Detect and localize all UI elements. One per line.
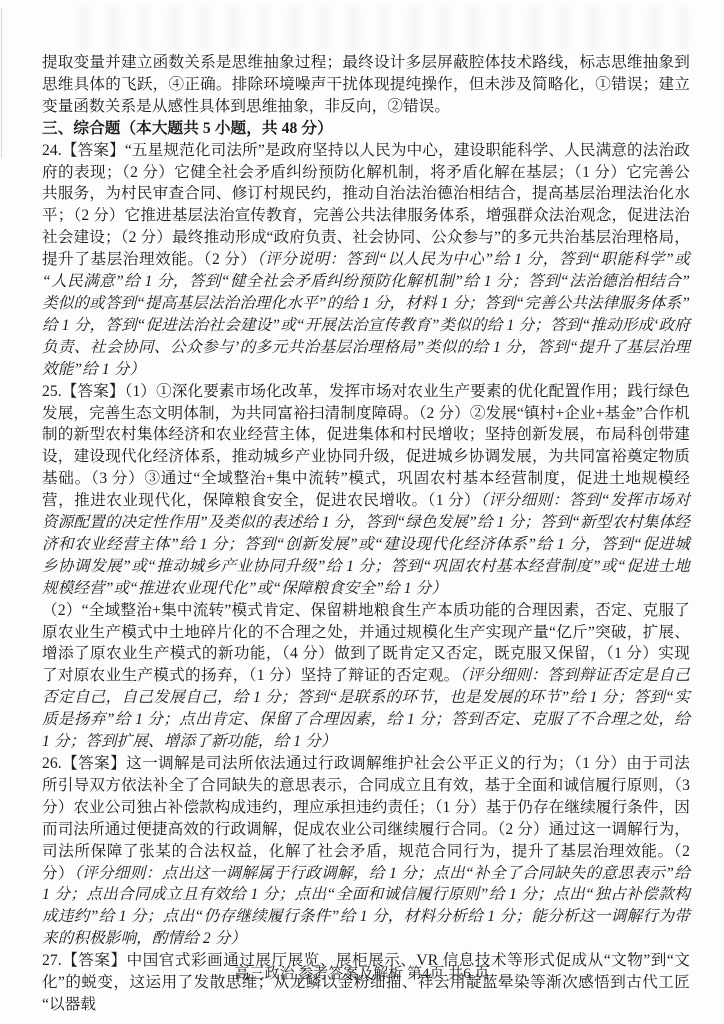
page-footer: 高三政治 参考答案及解析 第4页 共6 页 (0, 962, 724, 983)
answer-sheet-page: 提取变量并建立函数关系是思维抽象过程；最终设计多层屏蔽腔体技术路线，标志思维抽象… (0, 0, 724, 1024)
text-segment-normal: 26.【答案】这一调解是司法所依法通过行政调解维护社会公平正义的行为；（1 分）… (42, 755, 690, 882)
text-segment-kai: （评分说明：答到“以人民为中心”给 1 分，答到“职能科学”或“人民满意”给 1… (42, 251, 690, 378)
scan-artifact-ghosting (78, 6, 688, 50)
answer-23-analysis-continued: 提取变量并建立函数关系是思维抽象过程；最终设计多层屏蔽腔体技术路线，标志思维抽象… (42, 52, 690, 118)
answers-content: 提取变量并建立函数关系是思维抽象过程；最终设计多层屏蔽腔体技术路线，标志思维抽象… (42, 52, 690, 1016)
text-segment-normal: 提取变量并建立函数关系是思维抽象过程；最终设计多层屏蔽腔体技术路线，标志思维抽象… (42, 54, 690, 115)
section-3-heading: 三、综合题（本大题共 5 小题，共 48 分） (42, 118, 690, 140)
footer-text: 高三政治 参考答案及解析 第4页 共6 页 (234, 966, 489, 982)
scan-artifact-edge-line (1, 8, 2, 158)
answer-26: 26.【答案】这一调解是司法所依法通过行政调解维护社会公平正义的行为；（1 分）… (42, 753, 690, 950)
answer-25-part2: （2）“全域整治+集中流转”模式肯定、保留耕地粮食生产本质功能的合理因素，否定、… (42, 600, 690, 753)
text-segment-kai: （评分细则：点出这一调解属于行政调解，给 1 分；点出“补全了合同缺失的意思表示… (42, 865, 690, 948)
answer-27-partial: 27.【答案】中国官式彩画通过展厅展览、展柜展示、VR 信息技术等形式促成从“文… (42, 950, 690, 1016)
text-segment-normal: 24.【答案】“五星规范化司法所”是政府坚持以人民为中心，建设职能科学、人民满意… (42, 142, 690, 269)
answer-24: 24.【答案】“五星规范化司法所”是政府坚持以人民为中心，建设职能科学、人民满意… (42, 140, 690, 381)
answer-25-part1: 25.【答案】（1）①深化要素市场化改革，发挥市场对农业生产要素的优化配置作用；… (42, 381, 690, 600)
text-segment-normal: 三、综合题（本大题共 5 小题，共 48 分） (42, 120, 333, 137)
text-segment-normal: 25.【答案】（1）①深化要素市场化改革，发挥市场对农业生产要素的优化配置作用；… (42, 383, 690, 510)
